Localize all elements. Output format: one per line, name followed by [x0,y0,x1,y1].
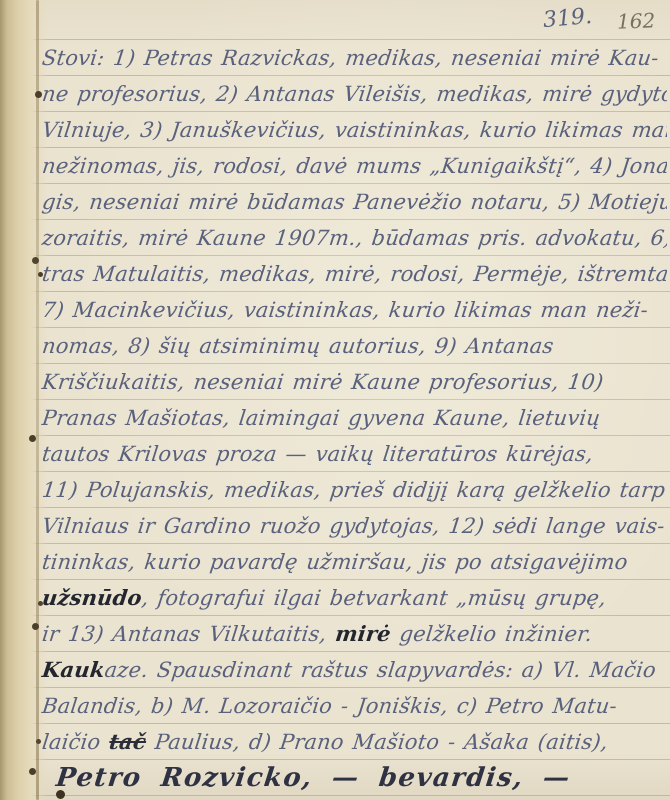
manuscript-text-segment: 7) Macinkevičius, vaistininkas, kurio li… [41,298,650,322]
manuscript-line: Kaukaze. Spausdinant raštus slapyvardės:… [40,652,667,688]
manuscript-text-segment: Stovi: 1) Petras Razvickas, medikas, nes… [41,46,660,70]
page-number-ink: 319. [542,4,593,33]
manuscript-text-segment: tautos Krilovas proza — vaikų literatūro… [41,442,595,466]
manuscript-line: Kriščiukaitis, neseniai mirė Kaune profe… [40,364,667,400]
manuscript-line: tras Matulaitis, medikas, mirė, rodosi, … [40,256,667,292]
binding-crease [36,0,39,800]
manuscript-text-segment: tras Matulaitis, medikas, mirė, rodosi, … [41,262,667,286]
manuscript-text-segment: , fotografui ilgai betvarkant „mūsų grup… [140,586,607,610]
manuscript-line: nežinomas, jis, rodosi, davė mums „Kunig… [40,148,667,184]
manuscript-text-segment: Kriščiukaitis, neseniai mirė Kaune profe… [41,370,605,394]
manuscript-text-segment: zoraitis, mirė Kaune 1907m., būdamas pri… [41,226,667,250]
manuscript-line: zoraitis, mirė Kaune 1907m., būdamas pri… [40,220,667,256]
manuscript-text-segment: aze. Spausdinant raštus slapyvardės: a) … [103,658,657,682]
manuscript-line: Stovi: 1) Petras Razvickas, medikas, nes… [40,40,667,76]
manuscript-text-segment: 11) Polujanskis, medikas, prieš didįjį k… [41,478,667,502]
manuscript-page: 319. 162 Stovi: 1) Petras Razvickas, med… [0,0,670,800]
manuscript-text-segment: Petro Rozvicko, — bevardis, — [54,763,572,793]
manuscript-line: tautos Krilovas proza — vaikų literatūro… [40,436,667,472]
manuscript-text-segment: tač [108,729,148,754]
manuscript-text-segment: nežinomas, jis, rodosi, davė mums „Kunig… [41,154,667,178]
manuscript-text-segment: Pranas Mašiotas, laimingai gyvena Kaune,… [41,406,602,430]
manuscript-text-segment: gelžkelio inžinier. [389,622,593,646]
manuscript-line: Balandis, b) M. Lozoraičio - Joniškis, c… [40,688,667,724]
manuscript-text-segment: ne profesorius, 2) Antanas Vileišis, med… [41,82,667,106]
manuscript-line: užsnūdo, fotografui ilgai betvarkant „mū… [40,580,667,616]
manuscript-line: Pranas Mašiotas, laimingai gyvena Kaune,… [40,400,667,436]
manuscript-text-segment: Kauk [41,657,107,682]
manuscript-text-segment: gis, neseniai mirė būdamas Panevėžio not… [41,190,667,214]
manuscript-line: 11) Polujanskis, medikas, prieš didįjį k… [40,472,667,508]
manuscript-line: Vilniuje, 3) Januškevičius, vaistininkas… [40,112,667,148]
manuscript-line: Petro Rozvicko, — bevardis, — [40,760,667,796]
manuscript-text-segment: Vilniuje, 3) Januškevičius, vaistininkas… [41,118,667,142]
manuscript-text-segment: Vilniaus ir Gardino ruožo gydytojas, 12)… [41,514,666,538]
binding-stitches [0,0,5,5]
page-number-pencil: 162 [617,8,656,33]
manuscript-line: gis, neseniai mirė būdamas Panevėžio not… [40,184,667,220]
manuscript-text-segment: mirė [334,621,393,646]
manuscript-line: 7) Macinkevičius, vaistininkas, kurio li… [40,292,667,328]
manuscript-line: Vilniaus ir Gardino ruožo gydytojas, 12)… [40,508,667,544]
manuscript-line: tininkas, kurio pavardę užmiršau, jis po… [40,544,667,580]
manuscript-line: laičio tač Paulius, d) Prano Mašioto - A… [40,724,667,760]
manuscript-text-block: Stovi: 1) Petras Razvickas, medikas, nes… [40,40,667,800]
manuscript-text-segment: Balandis, b) M. Lozoraičio - Joniškis, c… [41,694,619,718]
manuscript-text-segment: Paulius, d) Prano Mašioto - Ašaka (aitis… [145,730,610,754]
manuscript-text-segment: laičio [41,730,111,754]
manuscript-text-segment: ir 13) Antanas Vilkutaitis, [41,622,337,646]
manuscript-text-segment: tininkas, kurio pavardę užmiršau, jis po… [41,550,629,574]
manuscript-text-segment: nomas, 8) šių atsiminimų autorius, 9) An… [41,334,555,358]
manuscript-line: nomas, 8) šių atsiminimų autorius, 9) An… [40,328,667,364]
manuscript-line: ne profesorius, 2) Antanas Vileišis, med… [40,76,667,112]
manuscript-line: ir 13) Antanas Vilkutaitis, mirė gelžkel… [40,616,667,652]
manuscript-text-segment: užsnūdo [41,585,144,610]
